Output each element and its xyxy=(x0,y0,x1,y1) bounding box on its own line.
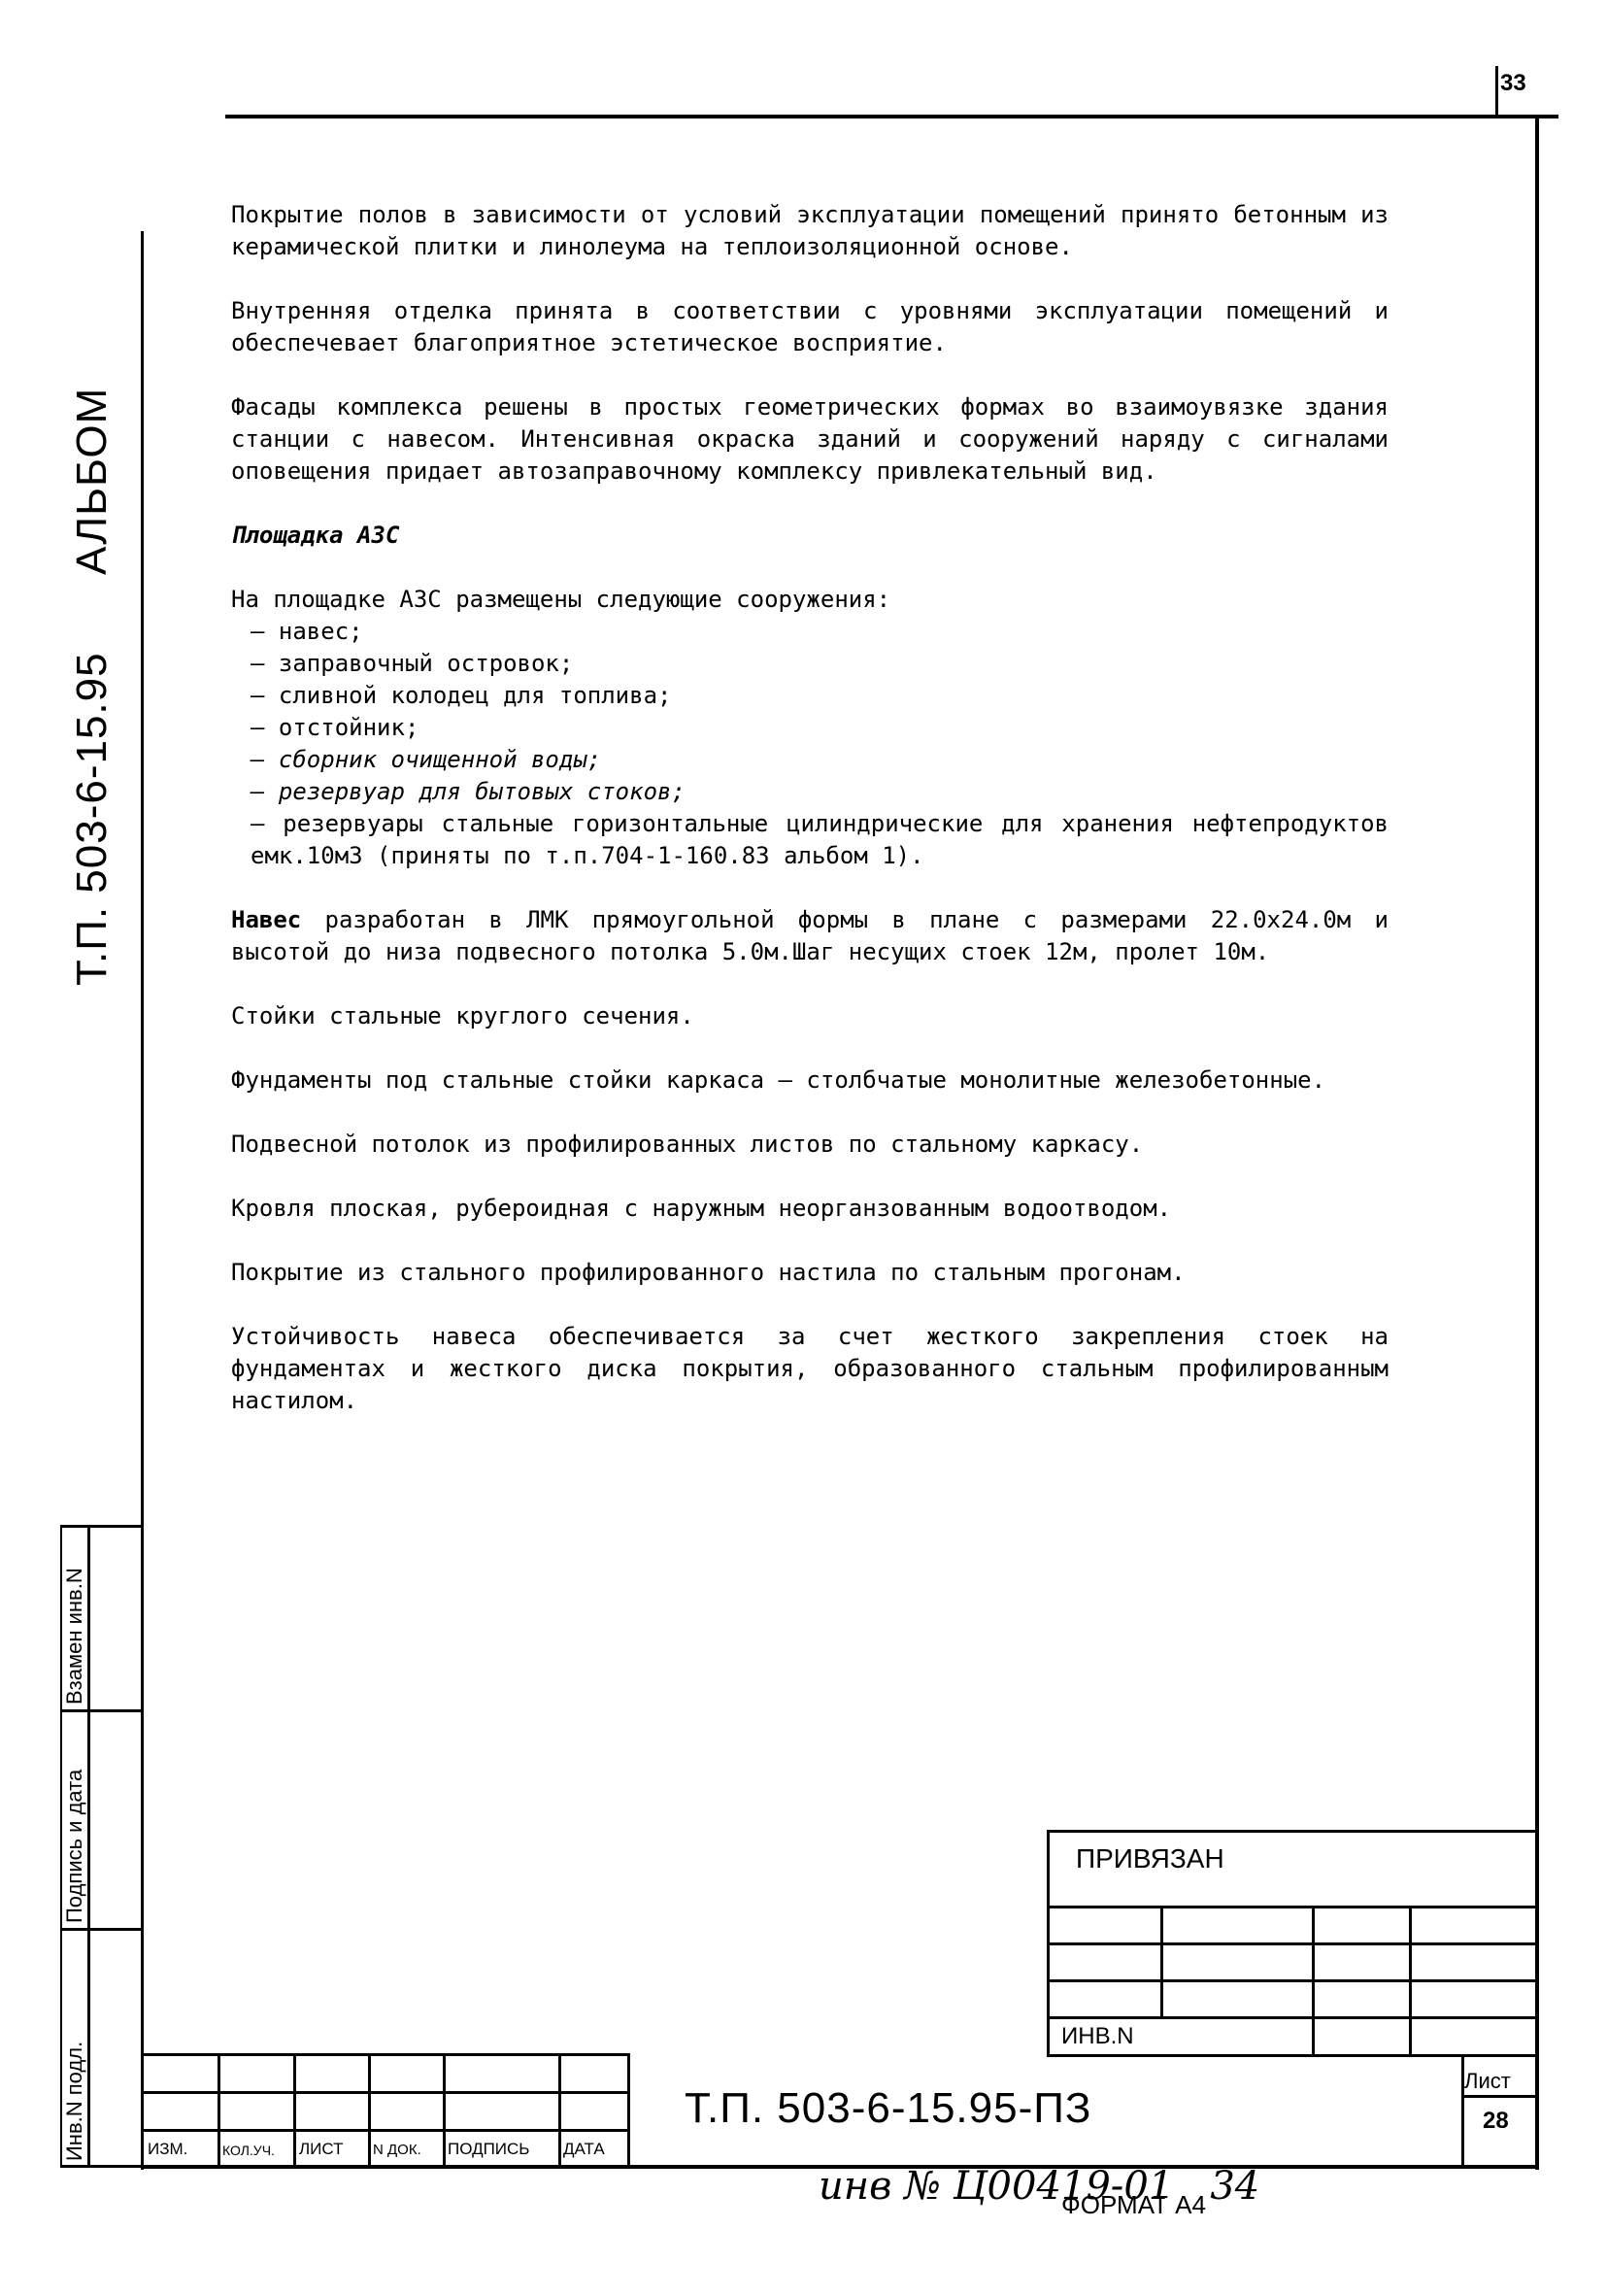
paragraph-roof: Кровля плоская, рубероидная с наружным н… xyxy=(231,1193,1389,1225)
paragraph-interior: Внутренняя отделка принята в соответстви… xyxy=(231,295,1389,359)
list-item: – навес; xyxy=(251,616,1389,648)
list-item: – заправочный островок; xyxy=(251,648,1389,680)
paragraph-ceiling: Подвесной потолок из профилированных лис… xyxy=(231,1129,1389,1161)
paragraph-facades: Фасады комплекса решены в простых геомет… xyxy=(231,391,1389,488)
album-label: Т.П. 503-6-15.95 АЛЬБОМ xyxy=(68,209,117,986)
binding-stamp-title: ПРИВЯЗАН xyxy=(1076,1843,1224,1874)
side-label-replacement-inv: Взамен инв.N xyxy=(62,1568,87,1705)
side-label-original-inv: Инв.N подл. xyxy=(62,2042,87,2161)
paragraph-floors: Покрытие полов в зависимости от условий … xyxy=(231,199,1389,263)
list-item: – сборник очищенной воды; xyxy=(251,744,1389,776)
list-item: – сливной колодец для топлива; xyxy=(251,680,1389,712)
column-label-date: ДАТА xyxy=(563,2140,605,2159)
list-item: – отстойник; xyxy=(251,712,1389,744)
side-label-signature-date: Подпись и дата xyxy=(62,1770,87,1923)
paragraph-canopy: Навес разработан в ЛМК прямоугольной фор… xyxy=(231,904,1389,968)
column-label-count: КОЛ.УЧ. xyxy=(222,2143,275,2158)
section-heading: Площадка АЗС xyxy=(231,520,1389,552)
list-item: – резервуары стальные горизонтальные цил… xyxy=(231,808,1389,872)
paragraph-covering: Покрытие из стального профилированного н… xyxy=(231,1257,1389,1289)
format-label: ФОРМАТ А4 xyxy=(1061,2190,1206,2220)
page-number: 33 xyxy=(1500,70,1526,97)
canopy-text: разработан в ЛМК прямоугольной формы в п… xyxy=(231,906,1389,965)
canopy-term: Навес xyxy=(231,906,301,933)
binding-inv-label: ИНВ.N xyxy=(1061,2023,1134,2050)
document-body: Покрытие полов в зависимости от условий … xyxy=(231,199,1389,1449)
document-code: Т.П. 503-6-15.95-ПЗ xyxy=(685,2084,1091,2133)
column-label-signature: ПОДПИСЬ xyxy=(448,2140,529,2159)
sheet-number: 28 xyxy=(1483,2108,1509,2135)
top-rule xyxy=(225,115,1558,118)
page-number-divider xyxy=(1495,66,1498,117)
list-intro: На площадке АЗС размещены следующие соор… xyxy=(231,584,1389,616)
left-border xyxy=(141,231,144,2170)
structures-list: – навес; – заправочный островок; – сливн… xyxy=(231,616,1389,872)
column-label-sheet: ЛИСТ xyxy=(299,2140,343,2159)
paragraph-stability: Устойчивость навеса обеспечивается за сч… xyxy=(231,1321,1389,1417)
column-label-doc-number: N ДОК. xyxy=(373,2142,421,2158)
right-border xyxy=(1535,117,1539,2170)
column-label-change: ИЗМ. xyxy=(148,2140,187,2159)
list-item: – резервуар для бытовых стоков; xyxy=(251,776,1389,808)
paragraph-posts: Стойки стальные круглого сечения. xyxy=(231,1000,1389,1032)
sheet-label: Лист xyxy=(1464,2069,1511,2094)
paragraph-foundations: Фундаменты под стальные стойки каркаса –… xyxy=(231,1064,1389,1097)
